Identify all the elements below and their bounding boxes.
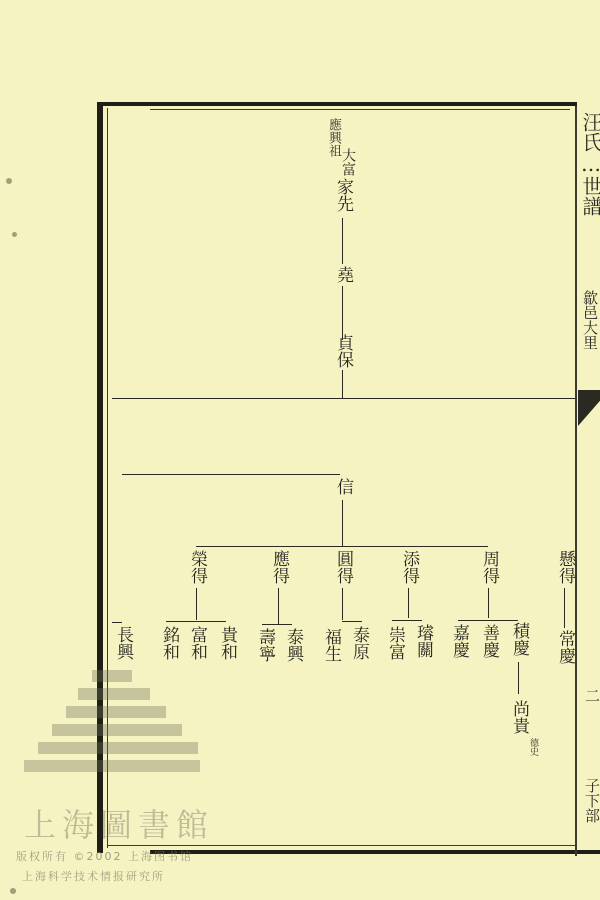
lineage-line xyxy=(342,370,343,398)
margin-page-number: 二 xyxy=(584,688,600,703)
lineage-line xyxy=(342,588,343,620)
person-name: 長興 xyxy=(114,626,132,660)
person-name: 泰原 xyxy=(350,626,368,660)
sibling-line xyxy=(166,621,226,622)
person-name: 善慶 xyxy=(480,624,498,658)
sibling-line xyxy=(458,620,518,621)
person-name: 家先 xyxy=(334,178,352,212)
sibling-line xyxy=(342,621,362,622)
frame-border-top-inner xyxy=(150,109,570,110)
paper-speck xyxy=(12,232,17,237)
watermark-library-name: 上海圖書館 xyxy=(24,800,214,846)
person-name: 貞保 xyxy=(334,334,352,368)
fish-tail-mark-icon xyxy=(578,390,600,426)
lineage-line xyxy=(342,218,343,264)
watermark-copyright: 版权所有 ©2002 上海图书馆 xyxy=(16,848,193,864)
person-note: 德史 xyxy=(528,738,538,756)
frame-border-bottom xyxy=(150,850,600,854)
margin-title: 汪氏…世譜 xyxy=(580,112,600,216)
person-name: 周得 xyxy=(480,550,498,584)
sibling-line xyxy=(392,620,422,621)
frame-border-top xyxy=(97,102,577,106)
lineage-line xyxy=(196,588,197,620)
person-name: 大富 xyxy=(340,148,355,176)
person-name: 尚貴 xyxy=(510,700,528,734)
person-name: 應得 xyxy=(270,550,288,584)
paper-speck xyxy=(6,178,12,184)
person-name: 福生 xyxy=(322,628,340,662)
sibling-line xyxy=(112,622,122,623)
frame-center-fold-line xyxy=(575,106,577,856)
person-name: 銘和 xyxy=(160,626,178,660)
library-logo-icon xyxy=(22,662,202,782)
person-name: 常慶 xyxy=(556,630,574,664)
person-name: 信 xyxy=(334,478,352,495)
sibling-line xyxy=(262,624,292,625)
person-name: 圓得 xyxy=(334,550,352,584)
person-name: 崇富 xyxy=(386,626,404,660)
person-name: 堯 xyxy=(334,266,352,283)
person-name: 貴和 xyxy=(218,626,236,660)
person-name: 富和 xyxy=(188,626,206,660)
lineage-line xyxy=(278,588,279,624)
watermark-institute: 上海科学技术情报研究所 xyxy=(22,868,165,884)
person-name: 泰興 xyxy=(284,628,302,662)
paper-speck xyxy=(10,888,16,894)
lineage-line xyxy=(342,500,343,546)
person-name: 積慶 xyxy=(510,622,528,656)
lineage-line xyxy=(408,588,409,618)
person-name: 添得 xyxy=(400,550,418,584)
generation-divider xyxy=(112,398,575,399)
lineage-line xyxy=(342,286,343,340)
branch-line xyxy=(122,474,340,475)
lineage-line xyxy=(518,662,519,694)
lineage-line xyxy=(564,588,565,628)
sibling-line xyxy=(196,546,488,547)
margin-subtitle: 歙邑大里 xyxy=(582,290,598,350)
ancestor-note: 應興祖 xyxy=(326,118,340,157)
margin-bottom-text: 子下部 xyxy=(584,778,600,823)
person-name: 榮得 xyxy=(188,550,206,584)
person-name: 嘉慶 xyxy=(450,624,468,658)
lineage-line xyxy=(488,588,489,618)
person-name: 懸得 xyxy=(556,550,574,584)
person-name: 璿關 xyxy=(414,624,432,658)
person-name: 壽寧 xyxy=(256,628,274,662)
